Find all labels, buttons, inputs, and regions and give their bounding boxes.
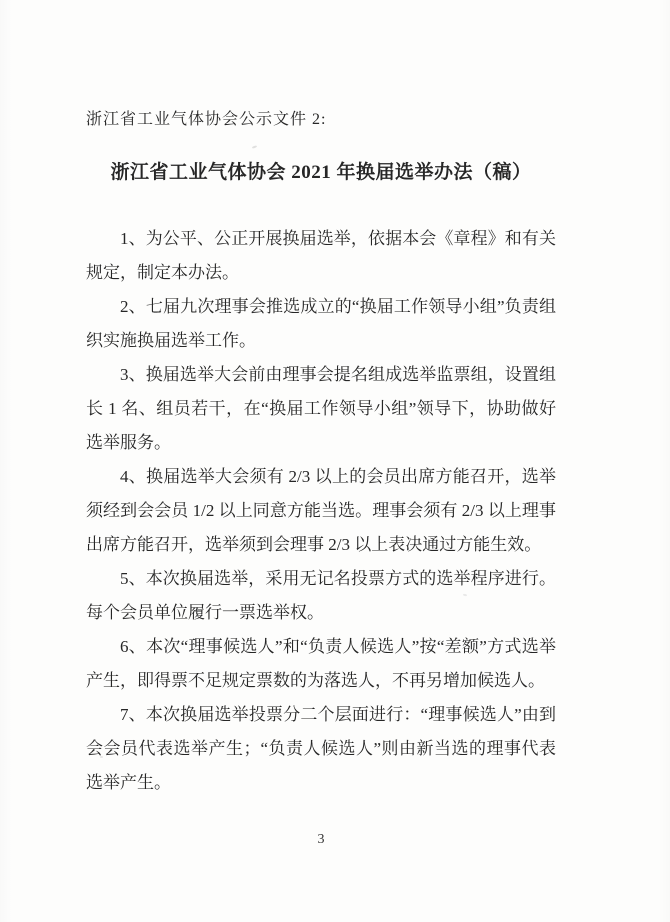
page-number: 3: [86, 831, 556, 849]
paragraph: 5、本次换届选举，采用无记名投票方式的选举程序进行。每个会员单位履行一票选举权。: [86, 562, 556, 630]
document-header: 浙江省工业气体协会公示文件 2:: [86, 110, 326, 130]
paragraph: 6、本次“理事候选人”和“负责人候选人”按“差额”方式选举产生，即得票不足规定票…: [86, 630, 556, 698]
paragraph: 7、本次换届选举投票分二个层面进行：“理事候选人”由到会会员代表选举产生；“负责…: [86, 698, 556, 800]
scan-speckle: [252, 145, 257, 149]
paragraph: 1、为公平、公正开展换届选举，依据本会《章程》和有关规定，制定本办法。: [86, 222, 556, 290]
paragraph: 4、换届选举大会须有 2/3 以上的会员出席方能召开，选举须经到会会员 1/2 …: [86, 460, 556, 562]
paragraph: 2、七届九次理事会推选成立的“换届工作领导小组”负责组织实施换届选举工作。: [86, 290, 556, 358]
scanned-document-page: 浙江省工业气体协会公示文件 2: 浙江省工业气体协会 2021 年换届选举办法（…: [0, 0, 670, 922]
paragraph: 3、换届选举大会前由理事会提名组成选举监票组，设置组长 1 名、组员若干，在“换…: [86, 358, 556, 460]
document-title: 浙江省工业气体协会 2021 年换届选举办法（稿）: [86, 160, 556, 186]
document-body: 1、为公平、公正开展换届选举，依据本会《章程》和有关规定，制定本办法。2、七届九…: [86, 222, 556, 800]
